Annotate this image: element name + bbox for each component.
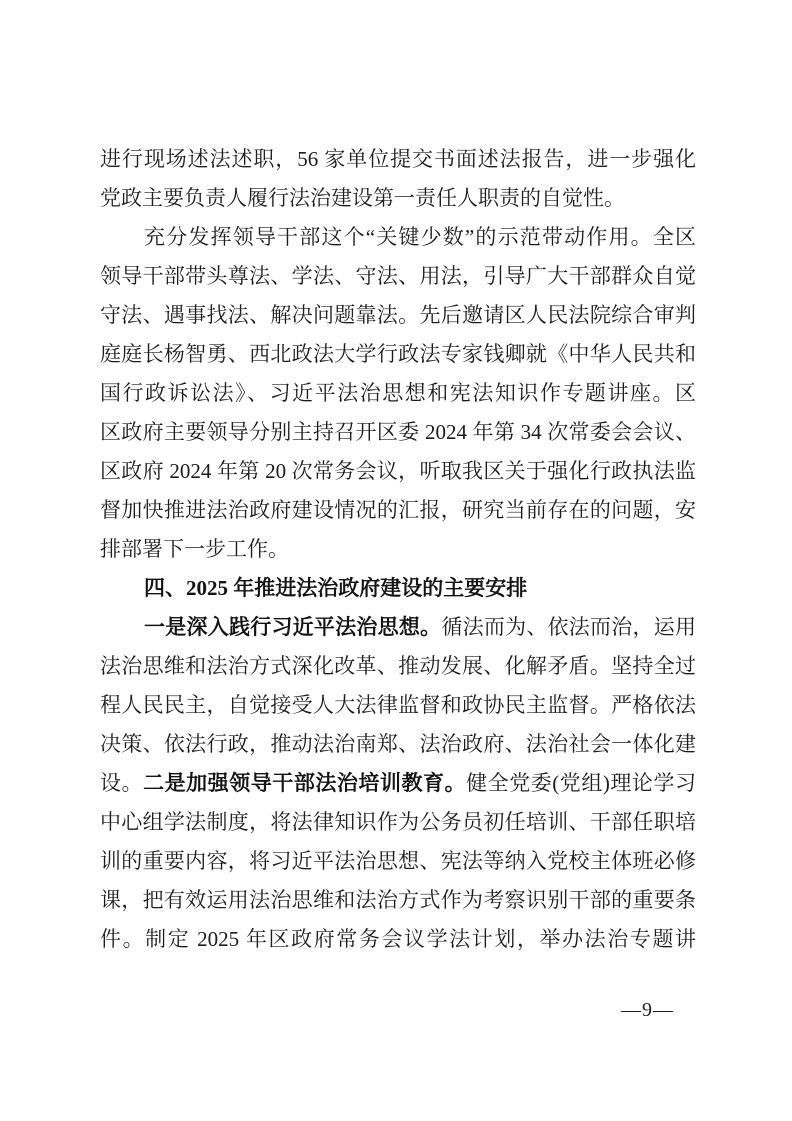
text-line: 守法、遇事找法、解决问题靠法。先后邀请区人民法院综合审判: [100, 296, 696, 335]
text-line: 进行现场述法述职，56 家单位提交书面述法报告，进一步强化: [100, 140, 696, 179]
text-run: 区政府 2024 年第 20 次常务会议，听取我区关于强化行政执法监: [100, 459, 696, 483]
text-line: 一是深入践行习近平法治思想。循法而为、依法而治，运用: [100, 608, 696, 647]
text-run: 党政主要负责人履行法治建设第一责任人职责的自觉性。: [100, 186, 625, 210]
bold-text-run: 一是深入践行习近平法治思想。: [144, 615, 441, 639]
text-line: 四、2025 年推进法治政府建设的主要安排: [100, 569, 696, 608]
document-page: 进行现场述法述职，56 家单位提交书面述法报告，进一步强化党政主要负责人履行法治…: [0, 0, 792, 1121]
page-number: —9—: [621, 997, 674, 1023]
text-line: 法治思维和法治方式深化改革、推动发展、化解矛盾。坚持全过: [100, 647, 696, 686]
text-run: 排部署下一步工作。: [100, 537, 289, 561]
text-line: 设。二是加强领导干部法治培训教育。健全党委(党组)理论学习: [100, 764, 696, 803]
text-line: 训的重要内容，将习近平法治思想、宪法等纳入党校主体班必修: [100, 842, 696, 881]
text-line: 排部署下一步工作。: [100, 530, 696, 569]
text-run: 督加快推进法治政府建设情况的汇报，研究当前存在的问题，安: [100, 498, 696, 522]
text-line: 课，把有效运用法治思维和法治方式作为考察识别干部的重要条: [100, 881, 696, 920]
text-line: 程人民民主，自觉接受人大法律监督和政协民主监督。严格依法: [100, 686, 696, 725]
text-line: 领导干部带头尊法、学法、守法、用法，引导广大干部群众自觉: [100, 257, 696, 296]
text-line: 区政府主要领导分别主持召开区委 2024 年第 34 次常委会会议、: [100, 413, 696, 452]
text-run: 守法、遇事找法、解决问题靠法。先后邀请区人民法院综合审判: [100, 303, 696, 327]
text-line: 区政府 2024 年第 20 次常务会议，听取我区关于强化行政执法监: [100, 452, 696, 491]
text-run: 决策、依法行政，推动法治南郑、法治政府、法治社会一体化建: [100, 732, 696, 756]
text-run: 庭庭长杨智勇、西北政法大学行政法专家钱卿就《中华人民共和: [100, 342, 696, 366]
text-run: 课，把有效运用法治思维和法治方式作为考察识别干部的重要条: [100, 888, 696, 912]
text-run: 进行现场述法述职，56 家单位提交书面述法报告，进一步强化: [100, 147, 696, 171]
text-run: 程人民民主，自觉接受人大法律监督和政协民主监督。严格依法: [100, 693, 696, 717]
bold-text-run: 二是加强领导干部法治培训教育。: [143, 771, 466, 795]
text-line: 中心组学法制度，将法律知识作为公务员初任培训、干部任职培: [100, 803, 696, 842]
text-line: 国行政诉讼法》、习近平法治思想和宪法知识作专题讲座。区委、: [100, 374, 696, 413]
text-run: 循法而为、依法而治，运用: [441, 615, 696, 639]
text-run: 设。: [100, 771, 143, 795]
text-line: 决策、依法行政，推动法治南郑、法治政府、法治社会一体化建: [100, 725, 696, 764]
text-run: 充分发挥领导干部这个“关键少数”的示范带动作用。全区: [144, 225, 696, 249]
text-run: 法治思维和法治方式深化改革、推动发展、化解矛盾。坚持全过: [100, 654, 696, 678]
text-run: 区政府主要领导分别主持召开区委 2024 年第 34 次常委会会议、: [100, 420, 696, 444]
bold-text-run: 四、2025 年推进法治政府建设的主要安排: [144, 576, 527, 600]
text-line: 庭庭长杨智勇、西北政法大学行政法专家钱卿就《中华人民共和: [100, 335, 696, 374]
text-line: 充分发挥领导干部这个“关键少数”的示范带动作用。全区: [100, 218, 696, 257]
text-run: 件。制定 2025 年区政府常务会议学法计划，举办法治专题讲座，: [100, 927, 696, 959]
text-run: 国行政诉讼法》、习近平法治思想和宪法知识作专题讲座。区委、: [100, 381, 696, 413]
text-line: 督加快推进法治政府建设情况的汇报，研究当前存在的问题，安: [100, 491, 696, 530]
text-line: 件。制定 2025 年区政府常务会议学法计划，举办法治专题讲座，: [100, 920, 696, 959]
text-run: 中心组学法制度，将法律知识作为公务员初任培训、干部任职培: [100, 810, 696, 834]
text-run: 训的重要内容，将习近平法治思想、宪法等纳入党校主体班必修: [100, 849, 696, 873]
text-line: 党政主要负责人履行法治建设第一责任人职责的自觉性。: [100, 179, 696, 218]
text-run: 领导干部带头尊法、学法、守法、用法，引导广大干部群众自觉: [100, 264, 696, 288]
document-body: 进行现场述法述职，56 家单位提交书面述法报告，进一步强化党政主要负责人履行法治…: [100, 140, 696, 959]
text-run: 健全党委(党组)理论学习: [466, 771, 696, 795]
